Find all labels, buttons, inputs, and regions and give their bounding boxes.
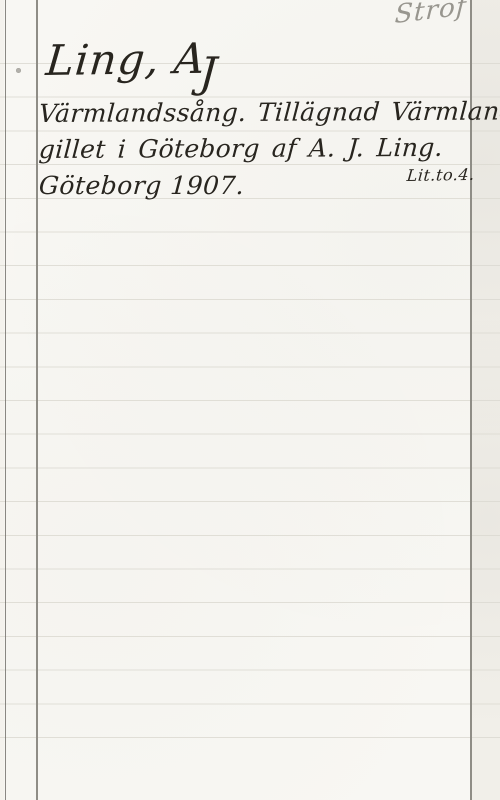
catalog-card: Strof Ling, A J Värmlandssång. Tillägnad… — [0, 0, 500, 800]
left-margin-line — [36, 0, 38, 800]
shelfmark: Lit.to.4. — [406, 165, 476, 185]
entry-imprint-line: Göteborg 1907. — [38, 171, 245, 200]
scan-edge-line — [5, 0, 7, 800]
entry-title-line-2: gillet i Göteborg af A. J. Ling. — [38, 133, 444, 164]
entry-heading-name: Ling, A — [44, 34, 208, 85]
margin-dot — [16, 68, 21, 73]
entry-heading-insertion-j: J — [198, 48, 218, 97]
pencil-annotation: Strof — [394, 0, 468, 30]
entry-title-line-1: Värmlandssång. Tillägnad Värmlands- — [38, 96, 500, 128]
